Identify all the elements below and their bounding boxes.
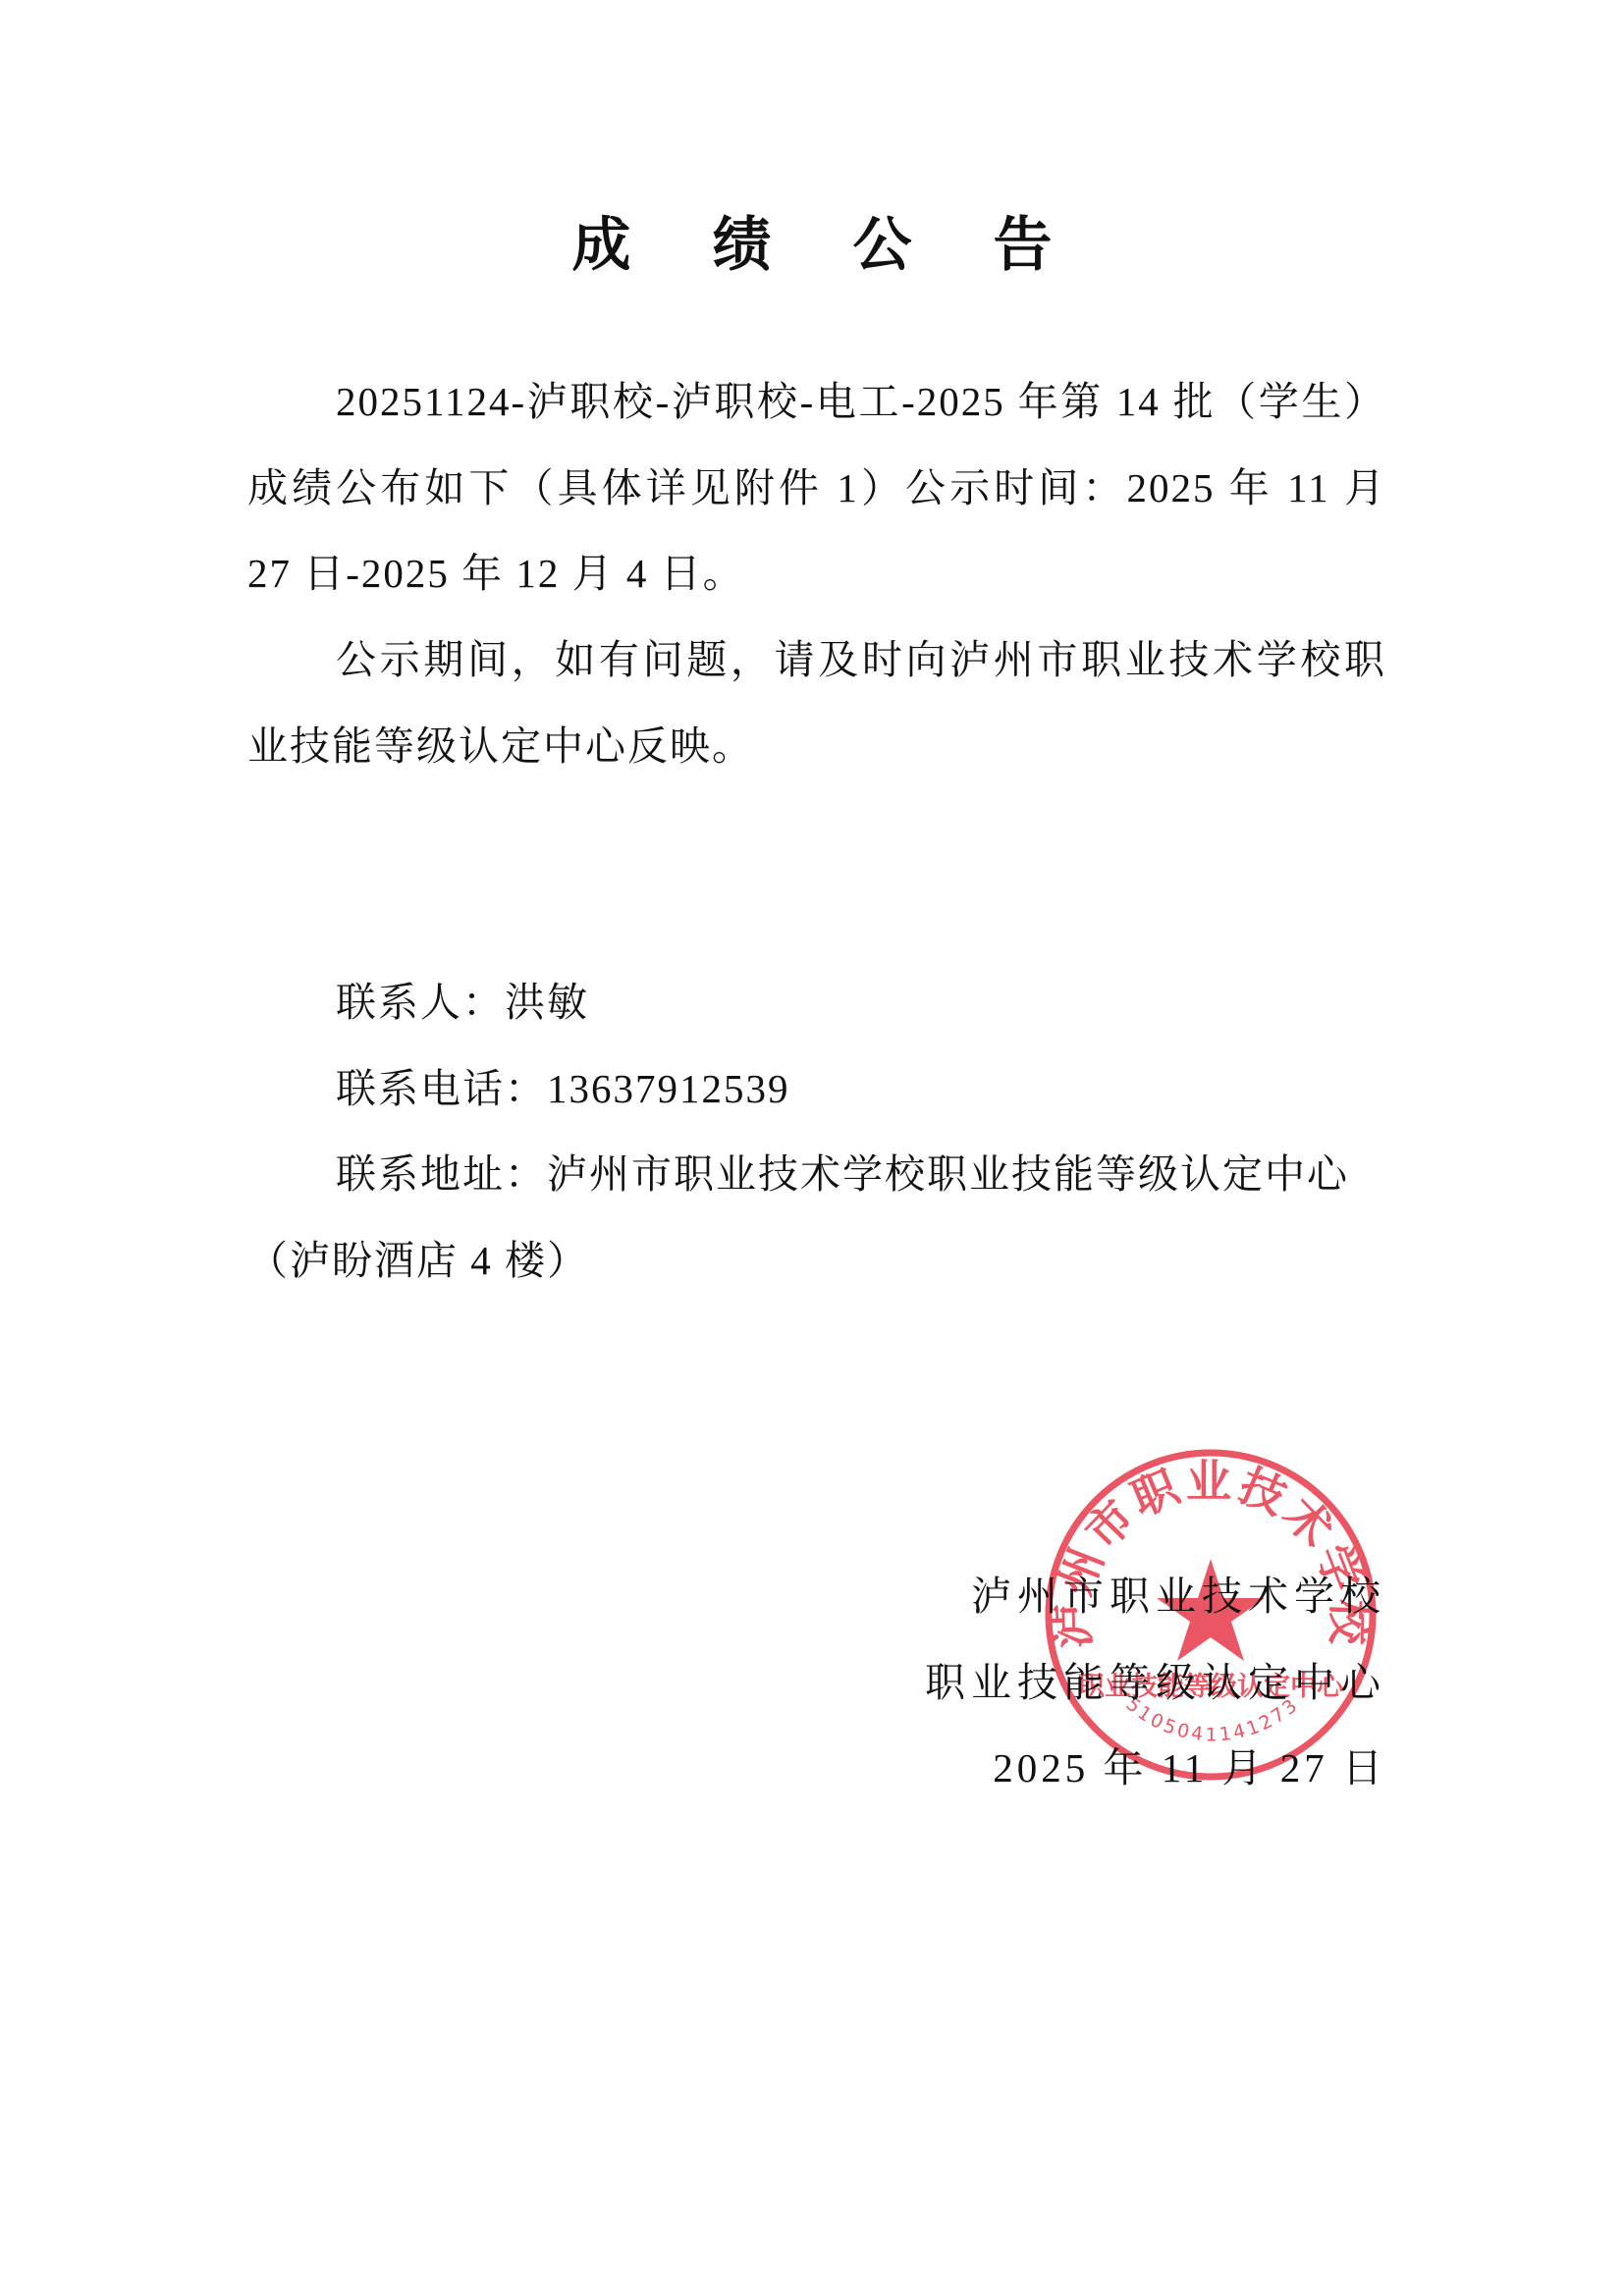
signature-org-line1: 泸州市职业技术学校 xyxy=(925,1554,1386,1640)
contact-address-text: 泸州市职业技术学校职业技能等级认定中心 xyxy=(547,1151,1349,1197)
signature-org-line2: 职业技能等级认定中心 xyxy=(925,1640,1386,1727)
contact-address-label: 联系地址： xyxy=(336,1151,547,1197)
signature-date: 2025 年 11 月 27 日 xyxy=(925,1726,1386,1812)
announcement-paragraph: 20251124-泸职校-泸职校-电工-2025 年第 14 批（学生）成绩公布… xyxy=(247,359,1386,617)
contact-phone: 联系电话：13637912539 xyxy=(247,1046,1386,1133)
contact-person-name: 洪敏 xyxy=(505,980,589,1025)
page-title: 成 绩 公 告 xyxy=(0,208,1624,283)
contact-phone-label: 联系电话： xyxy=(336,1066,547,1111)
paragraph-text: 20251124-泸职校-泸职校-电工-2025 年第 14 批（学生）成绩公布… xyxy=(247,359,1386,617)
paragraph-text: 公示期间，如有问题，请及时向泸州市职业技术学校职业技能等级认定中心反映。 xyxy=(247,617,1386,789)
contact-person: 联系人：洪敏 xyxy=(247,960,1386,1046)
contact-phone-number: 13637912539 xyxy=(547,1066,790,1111)
contact-person-label: 联系人： xyxy=(336,980,505,1025)
signature-block: 泸州市职业技术学校 职业技能等级认定中心 2025 年 11 月 27 日 xyxy=(925,1554,1386,1812)
contact-address: 联系地址：泸州市职业技术学校职业技能等级认定中心 xyxy=(247,1132,1386,1218)
contact-address-note: （泸盼酒店 4 楼） xyxy=(247,1218,1386,1305)
notice-paragraph: 公示期间，如有问题，请及时向泸州市职业技术学校职业技能等级认定中心反映。 xyxy=(247,617,1386,789)
contact-block: 联系人：洪敏 联系电话：13637912539 联系地址：泸州市职业技术学校职业… xyxy=(247,960,1386,1304)
document-page: 成 绩 公 告 20251124-泸职校-泸职校-电工-2025 年第 14 批… xyxy=(0,0,1624,2296)
